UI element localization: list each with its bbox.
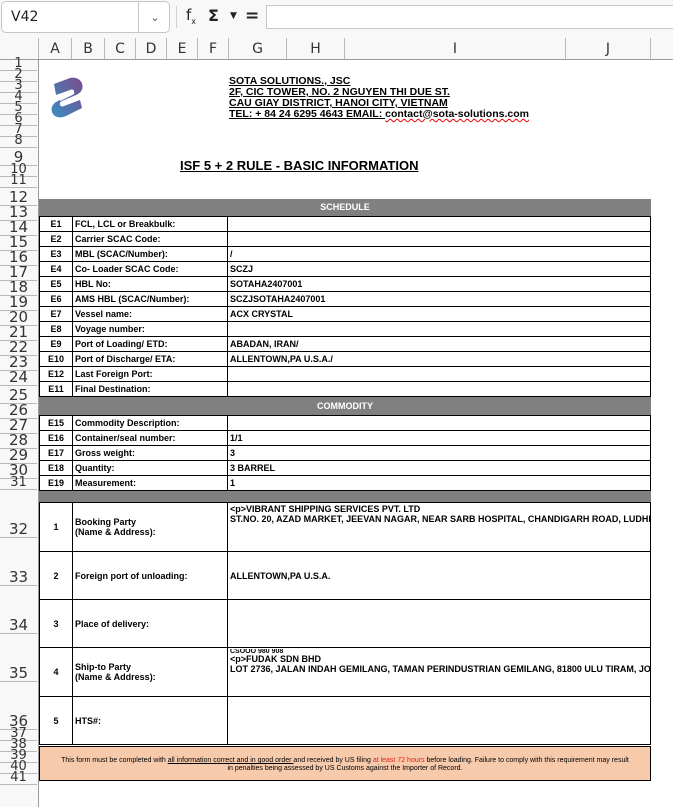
company-email-link[interactable]: contact@sota-solutions.com bbox=[385, 108, 529, 120]
row-label[interactable]: AMS HBL (SCAC/Number): bbox=[73, 292, 228, 307]
row-value[interactable]: 1/1 bbox=[228, 431, 651, 446]
column-header-g[interactable]: G bbox=[229, 38, 287, 59]
column-header-h[interactable]: H bbox=[287, 38, 345, 59]
row-code[interactable]: E8 bbox=[40, 322, 73, 337]
notice-text-2: and received by US filing bbox=[293, 757, 372, 764]
formula-input[interactable] bbox=[266, 5, 673, 29]
table-row: E3MBL (SCAC/Number):/ bbox=[40, 247, 651, 262]
party-value[interactable]: CSOOO 980 908<p>FUDAK SDN BHDLOT 2736, J… bbox=[228, 648, 651, 697]
row-value[interactable]: ACX CRYSTAL bbox=[228, 307, 651, 322]
row-value[interactable] bbox=[228, 322, 651, 337]
sheet-grid[interactable]: SOTA SOLUTIONS., JSC 2F, CIC TOWER, NO. … bbox=[39, 60, 673, 807]
sum-icon[interactable]: Σ bbox=[208, 6, 219, 25]
row-label[interactable]: Gross weight: bbox=[73, 446, 228, 461]
notice-text: This form must be completed with bbox=[61, 757, 168, 764]
row-header: 1234567891011121314151617181920212223242… bbox=[0, 60, 39, 807]
table-row: E19Measurement:1 bbox=[40, 476, 651, 491]
party-value[interactable]: ALLENTOWN,PA U.S.A. bbox=[228, 552, 651, 600]
table-row: E2Carrier SCAC Code: bbox=[40, 232, 651, 247]
row-code[interactable]: E18 bbox=[40, 461, 73, 476]
table-row: E17Gross weight:3 bbox=[40, 446, 651, 461]
party-label[interactable]: Booking Party(Name & Address): bbox=[73, 503, 228, 552]
column-header: A B C D E F G H I J K bbox=[0, 38, 673, 60]
commodity-header: COMMODITY bbox=[39, 397, 651, 415]
row-value[interactable]: 3 BARREL bbox=[228, 461, 651, 476]
party-value-line-2: LOT 2736, JALAN INDAH GEMILANG, TAMAN PE… bbox=[230, 664, 648, 674]
row-code[interactable]: E11 bbox=[40, 382, 73, 397]
row-label[interactable]: Quantity: bbox=[73, 461, 228, 476]
table-row: E11Final Destination: bbox=[40, 382, 651, 397]
row-header-31[interactable]: 31 bbox=[0, 479, 37, 490]
party-value-line-1: <p>VIBRANT SHIPPING SERVICES PVT. LTD bbox=[230, 504, 648, 514]
table-row: E15Commodity Description: bbox=[40, 416, 651, 431]
row-label[interactable]: Commodity Description: bbox=[73, 416, 228, 431]
sum-dropdown-icon[interactable]: ▼ bbox=[230, 11, 237, 21]
function-wizard-icon[interactable]: fx bbox=[186, 6, 196, 26]
chevron-down-icon[interactable]: ⌄ bbox=[138, 2, 171, 32]
column-header-k[interactable]: K bbox=[651, 38, 673, 59]
party-value-line-1: ALLENTOWN,PA U.S.A. bbox=[230, 571, 648, 581]
column-header-a[interactable]: A bbox=[39, 38, 72, 59]
party-value[interactable]: <p>VIBRANT SHIPPING SERVICES PVT. LTDST.… bbox=[228, 503, 651, 552]
row-code[interactable]: E10 bbox=[40, 352, 73, 367]
notice-box: This form must be completed with all inf… bbox=[39, 746, 651, 781]
party-number[interactable]: 2 bbox=[40, 552, 73, 600]
row-header-35[interactable]: 35 bbox=[0, 634, 37, 682]
column-header-j[interactable]: J bbox=[566, 38, 651, 59]
row-label[interactable]: Carrier SCAC Code: bbox=[73, 232, 228, 247]
notice-text-3: before loading. Failure to comply with t… bbox=[425, 757, 629, 764]
company-block: SOTA SOLUTIONS., JSC 2F, CIC TOWER, NO. … bbox=[229, 76, 529, 120]
row-header-33[interactable]: 33 bbox=[0, 538, 37, 586]
row-code[interactable]: E1 bbox=[40, 217, 73, 232]
row-label[interactable]: HBL No: bbox=[73, 277, 228, 292]
row-header-32[interactable]: 32 bbox=[0, 490, 37, 538]
party-label-line-1: HTS#: bbox=[75, 716, 225, 726]
party-label-line-1: Booking Party bbox=[75, 517, 225, 527]
row-label[interactable]: FCL, LCL or Breakbulk: bbox=[73, 217, 228, 232]
row-header-24[interactable]: 24 bbox=[0, 371, 37, 386]
row-label[interactable]: Vessel name: bbox=[73, 307, 228, 322]
table-row: E8Voyage number: bbox=[40, 322, 651, 337]
row-code[interactable]: E17 bbox=[40, 446, 73, 461]
party-label[interactable]: Foreign port of unloading: bbox=[73, 552, 228, 600]
table-row: E1FCL, LCL or Breakbulk: bbox=[40, 217, 651, 232]
row-value[interactable] bbox=[228, 382, 651, 397]
equals-icon[interactable]: = bbox=[245, 6, 259, 26]
row-header-8[interactable]: 8 bbox=[0, 137, 37, 148]
row-code[interactable]: E16 bbox=[40, 431, 73, 446]
name-box[interactable]: V42 ⌄ bbox=[1, 1, 170, 33]
party-label-line-2: (Name & Address): bbox=[75, 672, 225, 682]
schedule-table: E1FCL, LCL or Breakbulk:E2Carrier SCAC C… bbox=[39, 216, 651, 397]
row-value[interactable]: 1 bbox=[228, 476, 651, 491]
table-row: E7Vessel name:ACX CRYSTAL bbox=[40, 307, 651, 322]
party-row: 5HTS#: bbox=[40, 697, 651, 745]
formula-bar: V42 ⌄ fx Σ ▼ = bbox=[0, 0, 673, 39]
party-label-line-2: (Name & Address): bbox=[75, 527, 225, 537]
row-value[interactable]: ALLENTOWN,PA U.S.A./ bbox=[228, 352, 651, 367]
party-row: 2Foreign port of unloading:ALLENTOWN,PA … bbox=[40, 552, 651, 600]
table-row: E18Quantity:3 BARREL bbox=[40, 461, 651, 476]
company-tel: TEL: + 84 24 6295 4643 EMAIL: bbox=[229, 108, 385, 120]
column-header-f[interactable]: F bbox=[198, 38, 229, 59]
party-row: 3Place of delivery: bbox=[40, 600, 651, 648]
row-value[interactable]: / bbox=[228, 247, 651, 262]
row-code[interactable]: E9 bbox=[40, 337, 73, 352]
row-value[interactable] bbox=[228, 232, 651, 247]
row-value[interactable]: ABADAN, IRAN/ bbox=[228, 337, 651, 352]
row-code[interactable]: E5 bbox=[40, 277, 73, 292]
row-label[interactable]: Final Destination: bbox=[73, 382, 228, 397]
row-header-41[interactable]: 41 bbox=[0, 774, 37, 785]
name-box-value[interactable]: V42 bbox=[11, 9, 38, 25]
row-code[interactable]: E2 bbox=[40, 232, 73, 247]
table-row: E6AMS HBL (SCAC/Number):SCZJSOTAHA240700… bbox=[40, 292, 651, 307]
party-value-line-2: ST.NO. 20, AZAD MARKET, JEEVAN NAGAR, NE… bbox=[230, 514, 648, 524]
row-code[interactable]: E19 bbox=[40, 476, 73, 491]
row-value[interactable]: SOTAHA2407001 bbox=[228, 277, 651, 292]
row-label[interactable]: Voyage number: bbox=[73, 322, 228, 337]
party-value[interactable] bbox=[228, 697, 651, 745]
table-row: E5HBL No:SOTAHA2407001 bbox=[40, 277, 651, 292]
schedule-header: SCHEDULE bbox=[39, 199, 651, 216]
party-row: 1Booking Party(Name & Address):<p>VIBRAN… bbox=[40, 503, 651, 552]
row-header-11[interactable]: 11 bbox=[0, 177, 37, 188]
row-label[interactable]: Port of Loading/ ETD: bbox=[73, 337, 228, 352]
row-value[interactable] bbox=[228, 217, 651, 232]
page-title: ISF 5 + 2 RULE - BASIC INFORMATION bbox=[180, 158, 418, 173]
row-code[interactable]: E6 bbox=[40, 292, 73, 307]
table-row: E12Last Foreign Port: bbox=[40, 367, 651, 382]
row-code[interactable]: E12 bbox=[40, 367, 73, 382]
party-number[interactable]: 5 bbox=[40, 697, 73, 745]
row-code[interactable]: E3 bbox=[40, 247, 73, 262]
divider bbox=[176, 6, 177, 28]
row-header-34[interactable]: 34 bbox=[0, 586, 37, 634]
party-number[interactable]: 1 bbox=[40, 503, 73, 552]
party-label[interactable]: Ship-to Party(Name & Address): bbox=[73, 648, 228, 697]
column-header-d[interactable]: D bbox=[136, 38, 167, 59]
party-label[interactable]: Place of delivery: bbox=[73, 600, 228, 648]
row-value[interactable] bbox=[228, 367, 651, 382]
row-header-36[interactable]: 36 bbox=[0, 682, 37, 730]
parties-table: 1Booking Party(Name & Address):<p>VIBRAN… bbox=[39, 502, 651, 745]
party-label-line-1: Foreign port of unloading: bbox=[75, 571, 225, 581]
row-label[interactable]: Co- Loader SCAC Code: bbox=[73, 262, 228, 277]
column-header-e[interactable]: E bbox=[167, 38, 198, 59]
notice-highlight: at least 72 hours bbox=[373, 757, 425, 764]
row-value[interactable]: SCZJSOTAHA2407001 bbox=[228, 292, 651, 307]
party-value[interactable] bbox=[228, 600, 651, 648]
row-label[interactable]: Measurement: bbox=[73, 476, 228, 491]
row-label[interactable]: MBL (SCAC/Number): bbox=[73, 247, 228, 262]
party-number[interactable]: 3 bbox=[40, 600, 73, 648]
notice-underlined: all information correct and in good orde… bbox=[168, 757, 294, 764]
party-label-line-1: Ship-to Party bbox=[75, 662, 225, 672]
row-value[interactable]: SCZJ bbox=[228, 262, 651, 277]
party-label-line-1: Place of delivery: bbox=[75, 619, 225, 629]
row-code[interactable]: E4 bbox=[40, 262, 73, 277]
column-header-c[interactable]: C bbox=[105, 38, 136, 59]
table-row: E4Co- Loader SCAC Code:SCZJ bbox=[40, 262, 651, 277]
table-row: E16Container/seal number:1/1 bbox=[40, 431, 651, 446]
party-number[interactable]: 4 bbox=[40, 648, 73, 697]
row-label[interactable]: Container/seal number: bbox=[73, 431, 228, 446]
commodity-table: E15Commodity Description:E16Container/se… bbox=[39, 415, 651, 491]
row-value[interactable]: 3 bbox=[228, 446, 651, 461]
company-logo-icon bbox=[48, 76, 86, 122]
table-row: E10Port of Discharge/ ETA:ALLENTOWN,PA U… bbox=[40, 352, 651, 367]
party-label[interactable]: HTS#: bbox=[73, 697, 228, 745]
table-row: E9Port of Loading/ ETD:ABADAN, IRAN/ bbox=[40, 337, 651, 352]
column-header-b[interactable]: B bbox=[72, 38, 105, 59]
row-label[interactable]: Last Foreign Port: bbox=[73, 367, 228, 382]
company-contact: TEL: + 84 24 6295 4643 EMAIL: contact@so… bbox=[229, 109, 529, 120]
notice-line-2: in penalties being assessed by US Custom… bbox=[227, 765, 462, 772]
row-label[interactable]: Port of Discharge/ ETA: bbox=[73, 352, 228, 367]
party-value-line-1: <p>FUDAK SDN BHD bbox=[230, 654, 648, 664]
party-row: 4Ship-to Party(Name & Address):CSOOO 980… bbox=[40, 648, 651, 697]
column-header-i[interactable]: I bbox=[345, 38, 566, 59]
row-value[interactable] bbox=[228, 416, 651, 431]
section-divider bbox=[39, 491, 651, 502]
row-code[interactable]: E15 bbox=[40, 416, 73, 431]
row-code[interactable]: E7 bbox=[40, 307, 73, 322]
